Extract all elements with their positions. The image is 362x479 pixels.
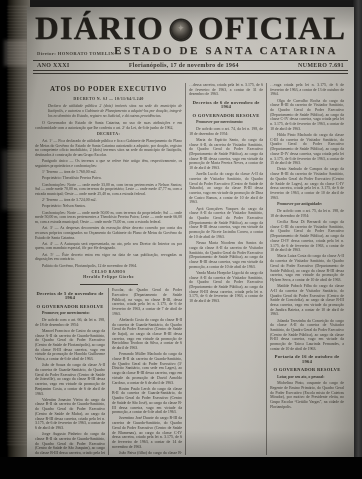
text-block: DECRETO N. SJ — 10/11/64/1.240 [35,97,182,102]
masthead: DIÁRIO OFICIAL ESTADO DE SANTA CATARINA … [27,7,354,44]
double-rule [33,73,348,74]
title-word-diario: DIÁRIO [35,14,164,44]
text-block: Art. 3º — As despesas decorrentes da exe… [35,226,182,240]
title-word-oficial: OFICIAL [198,14,346,44]
text-block: Vanda Maria Hoepcke Ligocki do cargo da … [189,271,263,304]
text-block: De acôrdo com o art. 74, da lei n. 198, … [189,127,263,136]
gutter-smudge [4,40,28,66]
text-block: Hilda Pinto Machado do cargo da classe C… [270,133,344,166]
text-block: O Governador do Estado de Santa Catarina… [35,121,182,130]
text-block: João Paiva (filho) do cargo da classe B-… [112,451,182,455]
text-block: …vaga criada pela lei n. 3.175, de 6 de … [270,83,344,97]
dateline-bar: ANO XXXI Florianópolis, 17 de novembro d… [33,60,348,71]
coat-of-arms-icon [171,20,191,40]
left-section: ATOS DO PODER EXECUTIVODECRETO N. SJ — 1… [34,83,185,455]
text-block: Valentim Jonastro Vieira do cargo da cla… [35,398,105,431]
neighbor-page-print [7,6,28,446]
director-line: Diretor: HONORATO TOMELIN [37,51,114,56]
subcolumn-2: Escolar, do Quadro Geral do Poder Execut… [108,288,182,455]
text-block: DECRETA: [35,132,182,137]
text-block: ATOS DO PODER EXECUTIVO [35,85,182,93]
book-gutter [0,0,30,479]
text-block: Declara de utilidade pública 2 (dois) im… [48,104,182,118]
text-block: Jolanda Terezinha da Conceição do cargo … [270,319,344,352]
text-block: Proprietário: Nelson Santos. [35,204,182,209]
text-block: De acôrdo com o art. 75, da lei n. 198, … [270,209,344,218]
text-block: O GOVERNADOR RESOLVE [189,114,263,119]
text-block: Deisir Sanhudo de Campos do cargo da cla… [270,167,344,200]
text-block: O GOVERNADOR RESOLVE [35,305,105,310]
subcolumn-1: Decretos de 5 de novembro de 1964O GOVER… [35,288,108,455]
body-columns: ATOS DO PODER EXECUTIVODECRETO N. SJ — 1… [34,83,347,455]
text-block: Proprietário: Theodósio Pereira Paiva. [35,176,182,181]
text-block: Matilde Pabsch Filha do cargo da classe … [270,284,344,317]
text-block: Decretos de 5 de novembro de 1964 [35,292,105,301]
text-block: De acôrdo com o art. 66, da lei n. 198, … [35,318,105,327]
text-block: Promover por merecimento: [189,120,263,125]
photo-right-edge [353,0,362,479]
left-subcolumns: Decretos de 5 de novembro de 1964O GOVER… [35,288,182,455]
scanned-gazette-photo: DIÁRIO OFICIAL ESTADO DE SANTA CATARINA … [0,0,362,479]
column-3: …dessa carreira, criada pela lei n. 3.17… [185,83,266,455]
text-block: Confrontações: Norte — onde mede 50,00 m… [35,211,182,225]
text-block: CELSO RAMOS [35,270,182,275]
text-block: Rosim Paulo Lerch do cargo da classe B-I… [112,387,182,415]
text-block: Parágrafo único — Os terrenos a que se r… [35,159,182,168]
text-block: Michelina Pinto, ocupante do cargo de Re… [270,381,344,409]
text-block: Art. 5º — Êste decreto entra em vigor na… [35,253,182,262]
text-block: Jurella Lucila do cargo da classe A-II d… [189,172,263,205]
text-block: Art. 1º — Fica declarado de utilidade pú… [35,139,182,158]
text-block: Decretos de 6 de novembro de 1964 [189,101,263,110]
decree-block: ATOS DO PODER EXECUTIVODECRETO N. SJ — 1… [35,85,182,285]
text-block: Abelardo Costa do cargo da classe B-II d… [112,318,182,351]
text-block: Confrontações: Norte — onde mede 33,00 m… [35,183,182,197]
state-subtitle: ESTADO DE SANTA CATARINA [114,45,338,57]
text-block: Art. 4º — A Autarquia será representada,… [35,242,182,251]
text-block: Juventino José Duarte do cargo B-III da … [112,416,182,449]
column-4: …vaga criada pela lei n. 3.175, de 6 de … [266,83,347,455]
text-block: Promover, por merecimento: [35,311,105,316]
gazette-page: DIÁRIO OFICIAL ESTADO DE SANTA CATARINA … [27,7,354,457]
text-block: Palácio do Govêrno, Florianópolis, 12 de… [35,264,182,269]
text-block: 2º Terreno — área de 3.724,00 m2. [35,198,182,203]
gutter-smudge [2,150,28,210]
text-block: João de Souza do cargo da classe A-II da… [35,363,105,396]
text-block: Cecília Rosa Di Bernardi do cargo da cla… [270,220,344,253]
text-block: Jorge Augusto Pinheiro do cargo da class… [35,432,105,455]
text-block: Ayrá Gonçalves Vasques do cargo da class… [189,207,263,240]
text-block: 1º Terreno — área de 1.760,00 m2. [35,170,182,175]
gazette-title: DIÁRIO OFICIAL [27,14,354,44]
text-block: Olga de Carvalho Rocha do cargo da class… [270,99,344,132]
text-block: Portaria de 16 de outubro de 1964 [270,355,344,364]
dateline: Florianópolis, 17 de novembro de 1964 [129,63,239,69]
text-block: Fernando Müller Machado do cargo da clas… [112,352,182,385]
text-block: Promover por antiguidade: [270,202,344,207]
text-block: Maria Luiza Costa do cargo da classe A-I… [270,254,344,282]
text-block: …dessa carreira, criada pela lei n. 3.17… [189,83,263,97]
text-block: Lotar, por seu ato, o pessoal: [270,375,344,380]
text-block: Escolar, do Quadro Geral do Poder Execut… [112,288,182,316]
photo-bottom-band [0,457,362,479]
text-block: Neusa Maria Nicodem dos Santos do cargo … [189,241,263,269]
text-block: O GOVERNADOR RESOLVE [270,368,344,373]
text-block: Heraldo Felippe Giorho [35,275,182,280]
issue-number: NUMERO 7.691 [298,63,344,69]
text-block: Manoel Francisco de Castro do cargo da c… [35,329,105,362]
ano-label: ANO XXXI [37,63,70,69]
text-block: Maria do Espírito Santo, do cargo da cla… [189,138,263,171]
text-block [80,284,138,285]
